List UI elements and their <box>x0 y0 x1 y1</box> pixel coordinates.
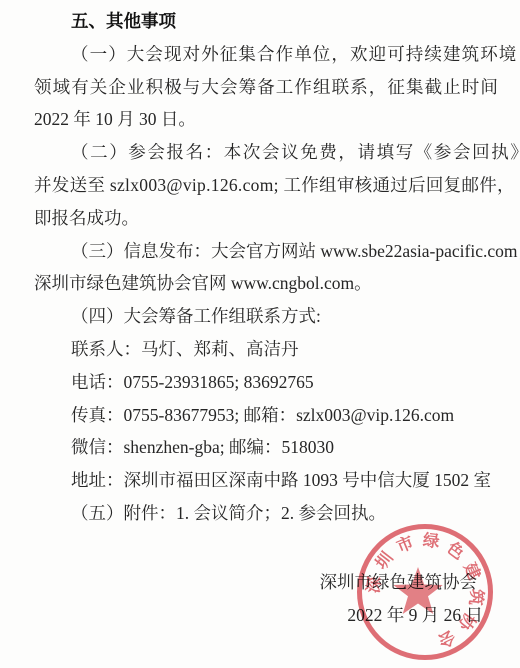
section-heading: 五、其他事项 <box>34 5 504 38</box>
fax-email-line: 传真：0755-83677953; 邮箱：szlx003@vip.126.com <box>34 399 504 432</box>
svg-text:绿: 绿 <box>422 529 441 551</box>
wechat-zip-line: 微信：shenzhen-gba; 邮编：518030 <box>34 431 504 464</box>
signature-block: 深圳市绿色建筑协会 2022 年 9 月 26 日 <box>0 566 484 632</box>
paragraph-3-line-1: （三）信息发布：大会官方网站 www.sbe22asia-pacific.com… <box>34 235 504 268</box>
svg-text:市: 市 <box>393 531 416 556</box>
address-line: 地址：深圳市福田区深南中路 1093 号中信大厦 1502 室 <box>34 464 504 497</box>
phone-line: 电话：0755-23931865; 83692765 <box>34 366 504 399</box>
contact-person-line: 联系人：马灯、郑莉、高洁丹 <box>34 333 504 366</box>
paragraph-4-heading: （四）大会筹备工作组联系方式: <box>34 300 504 333</box>
document-body: 五、其他事项 （一）大会现对外征集合作单位，欢迎可持续建筑环境 领域有关企业积极… <box>34 5 504 530</box>
signature-date: 2022 年 9 月 26 日 <box>0 599 484 632</box>
paragraph-5-attachments: （五）附件：1. 会议简介；2. 参会回执。 <box>34 497 504 530</box>
paragraph-1-line-1: （一）大会现对外征集合作单位，欢迎可持续建筑环境 <box>34 38 504 71</box>
paragraph-1-line-2: 领域有关企业积极与大会筹备工作组联系，征集截止时间 <box>34 71 504 104</box>
paragraph-2-line-2: 并发送至 szlx003@vip.126.com; 工作组审核通过后回复邮件， <box>34 169 504 202</box>
paragraph-3-line-2: 深圳市绿色建筑协会官网 www.cngbol.com。 <box>34 267 504 300</box>
paragraph-2-line-3: 即报名成功。 <box>34 202 504 235</box>
svg-text:色: 色 <box>443 537 469 563</box>
paragraph-2-line-1: （二）参会报名：本次会议免费，请填写《参会回执》 <box>34 136 504 169</box>
paragraph-1-line-3: 2022 年 10 月 30 日。 <box>34 103 504 136</box>
signature-org: 深圳市绿色建筑协会 <box>0 566 484 599</box>
